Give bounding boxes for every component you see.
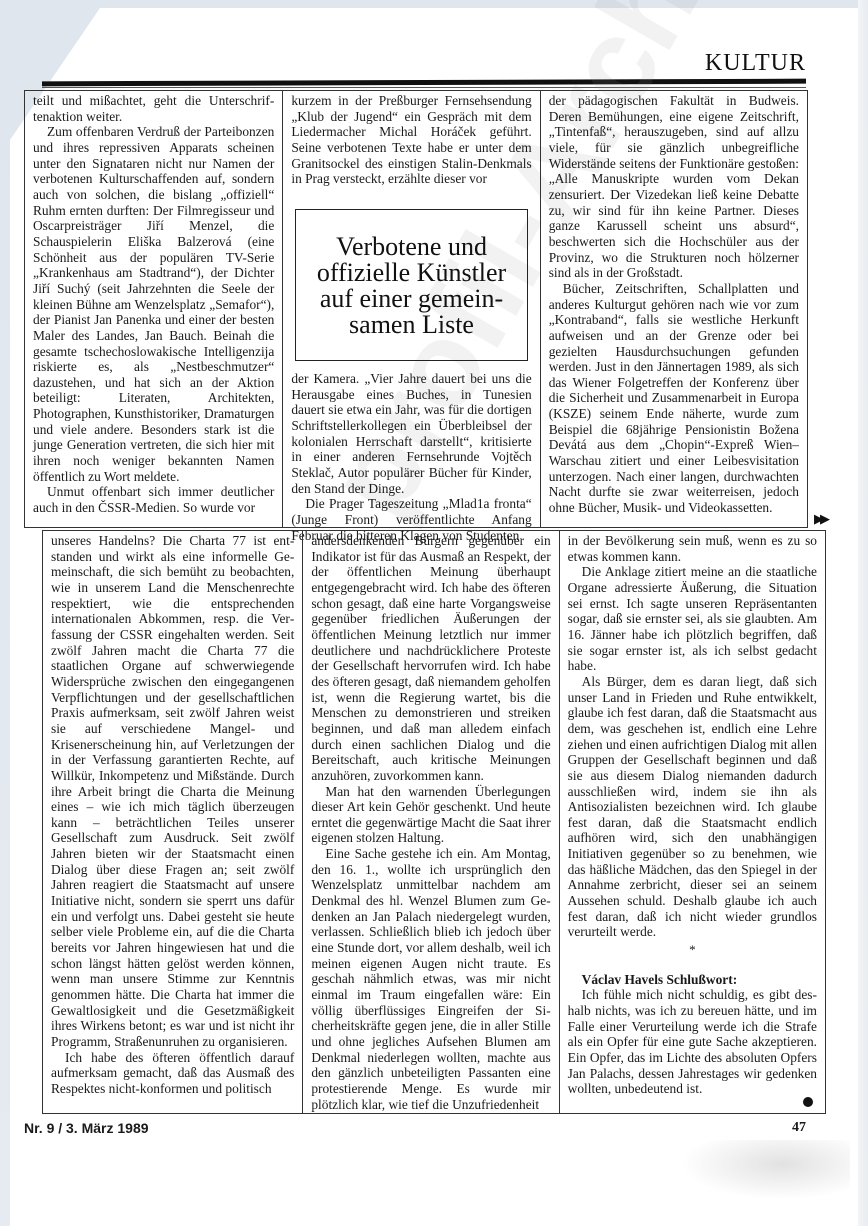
paragraph: Ich fühle mich nicht schuldig, es gibt d… [568,987,817,1097]
paragraph: Als Bürger, dem es daran liegt, daß sich… [568,674,817,940]
article-top-column-1: teilt und mißachtet, geht die Unterschri… [25,91,282,527]
paragraph: Eine Sache gestehe ich ein. Am Montag, d… [311,846,550,1112]
paragraph: kurzem in der Preßburger Fernsehsendung … [291,93,531,187]
paragraph: Ich habe des öfteren öffentlich darauf a… [51,1050,294,1097]
paragraph: der Kamera. „Vier Jahre dauert bei uns d… [291,371,531,496]
paragraph: Die Anklage zitiert meine an die staat­l… [568,564,817,674]
continue-arrow-icon: ▶▶ [814,512,826,527]
page-number: 47 [792,1120,806,1136]
article-top-column-3: der pädagogischen Fakultät in Budweis. D… [540,91,807,527]
paragraph: der pädagogischen Fakultät in Budweis. D… [549,93,799,281]
section-separator: * [568,942,817,958]
article-bottom-column-3: in der Bevölkerung sein muß, wenn es zu … [559,531,825,1113]
article-bottom-column-2: andersdenkenden Bürgern gegenüber ein In… [302,531,558,1113]
paragraph: Man hat den warnenden Überlegungen diese… [311,784,550,847]
paragraph: Zum offenbaren Verdruß der Parteibon­zen… [33,124,274,484]
section-title: KULTUR [705,50,806,77]
paragraph: in der Bevölkerung sein muß, wenn es zu … [568,533,817,564]
article-top-block: teilt und mißachtet, geht die Unterschri… [24,90,808,528]
paragraph: Bücher, Zeitschriften, Schallplatten und… [549,281,799,516]
paragraph: teilt und mißachtet, geht die Unterschri… [33,93,274,124]
issue-info: Nr. 9 / 3. März 1989 [24,1120,149,1136]
paragraph: Unmut offenbart sich immer deutlicher au… [33,484,274,515]
subheading: Václav Havels Schlußwort: [568,972,817,988]
headline-box: Verbotene und offizielle Künstler auf ei… [295,209,527,361]
article-bottom-block: unseres Handelns? Die Charta 77 ist ent­… [42,530,826,1114]
paragraph: unseres Handelns? Die Charta 77 ist ent­… [51,533,294,1050]
scanner-edge [858,0,868,1226]
paragraph: andersdenkenden Bürgern gegenüber ein In… [311,533,550,784]
article-bottom-column-1: unseres Handelns? Die Charta 77 ist ent­… [43,531,302,1113]
article-top-column-2: kurzem in der Preßburger Fernsehsendung … [282,91,539,527]
scan-noise [680,1140,850,1200]
header-rule-thin [42,87,806,88]
end-of-article-bullet-icon [803,1097,813,1107]
